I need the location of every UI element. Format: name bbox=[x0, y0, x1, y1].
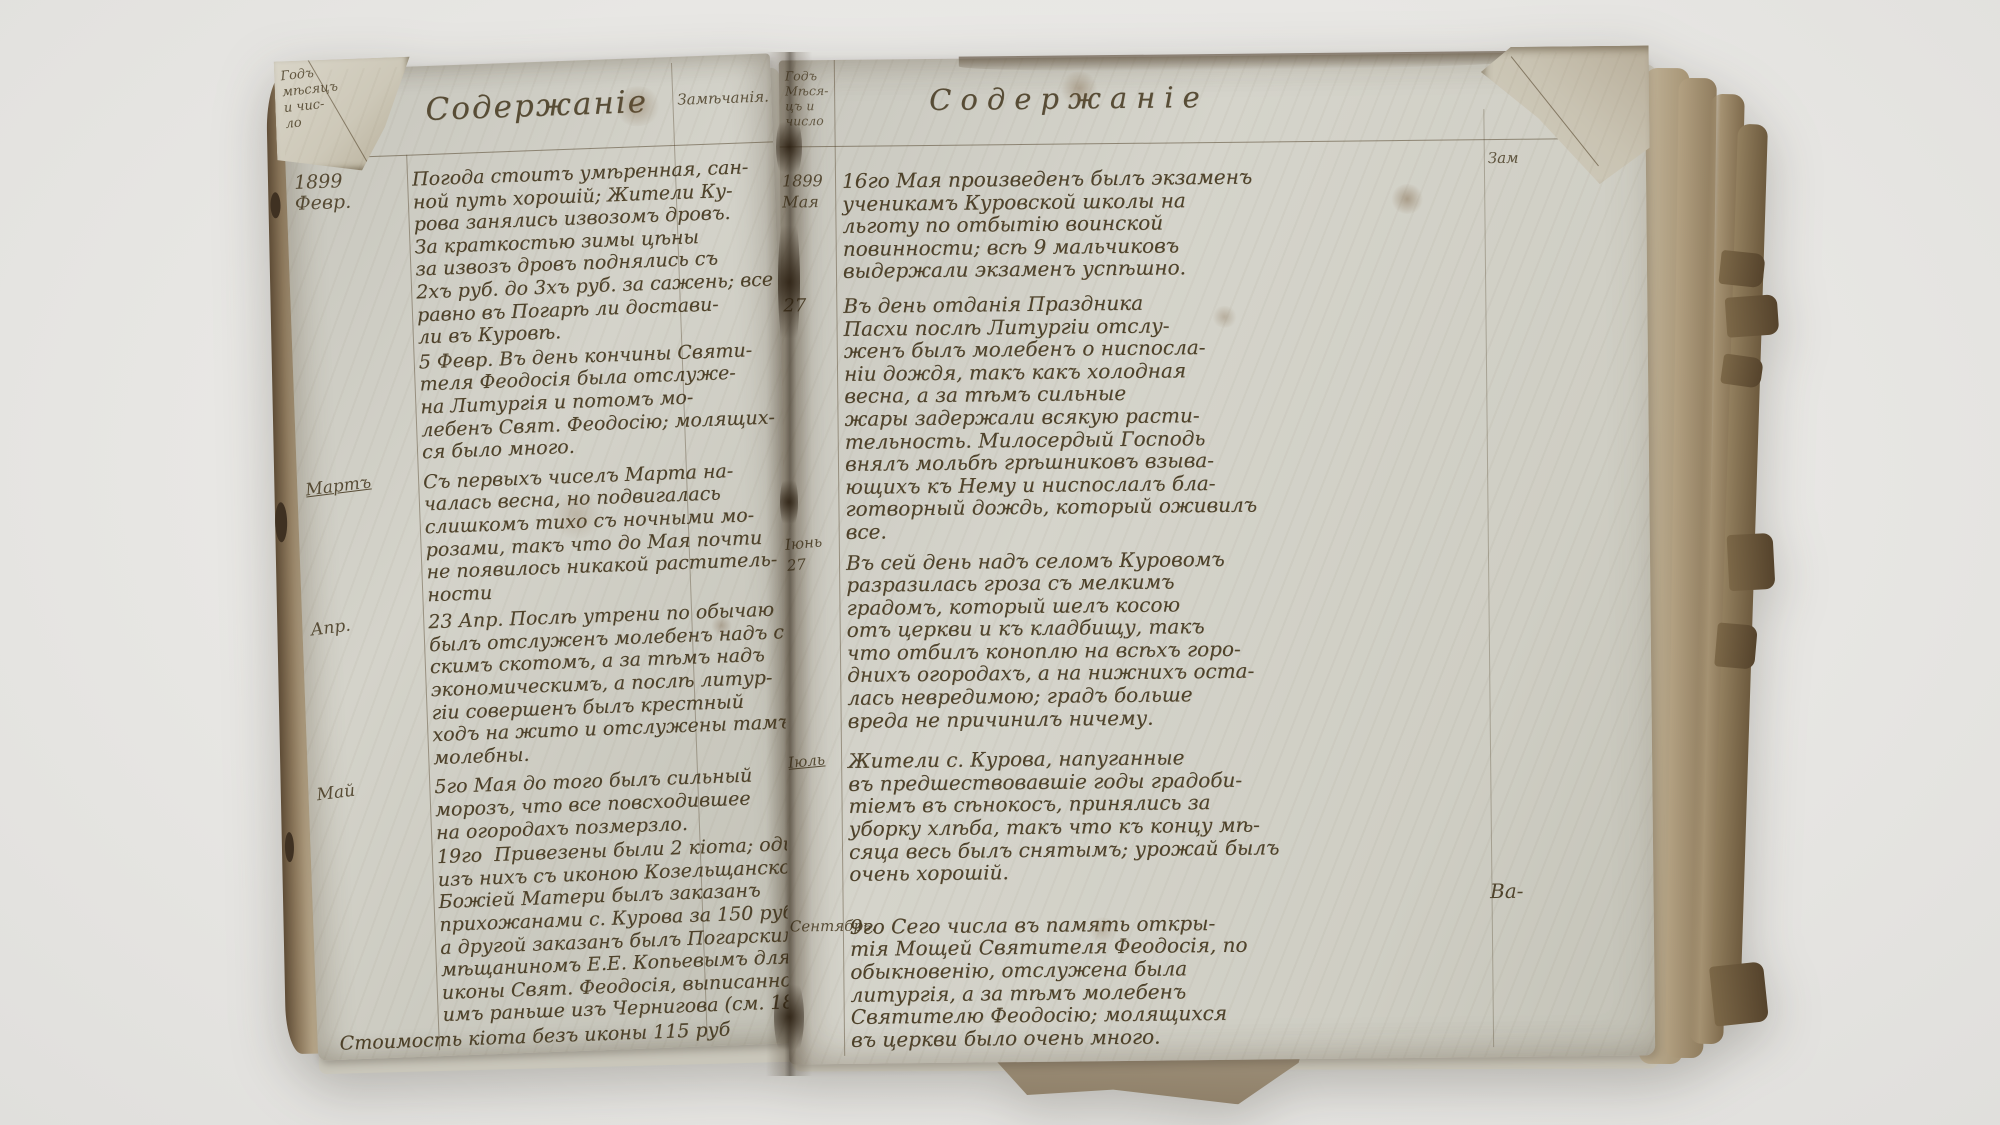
entry-text: 23 Апр. Послѣ утрени по обычаю былъ отсл… bbox=[428, 599, 786, 770]
torn-page-tab bbox=[1714, 622, 1758, 669]
entry-sept9-relics: Сентябрь. 9го Сего числа въ память откры… bbox=[850, 907, 1655, 1051]
entry-text: Погода стоитъ умѣренная, сан- ной путь х… bbox=[412, 156, 770, 350]
torn-page-tab bbox=[1720, 353, 1764, 388]
gutter-grime bbox=[778, 202, 800, 362]
corner-column-header-fragment: Годъ мѣсяцъ и чис- ло bbox=[280, 63, 342, 133]
left-remarks-header: Замѣчанія. bbox=[677, 87, 769, 108]
entry-margin-date: Мартъ bbox=[304, 467, 418, 502]
right-page-content: 1899 Мая 16го Мая произведенъ былъ экзам… bbox=[842, 147, 1655, 1063]
edge-nick bbox=[285, 832, 295, 862]
edge-nick bbox=[270, 192, 281, 218]
entry-feb-weather: 1899 Февр. Погода стоитъ умѣренная, сан-… bbox=[412, 156, 770, 350]
page-block-fore-edge bbox=[1642, 64, 1784, 1072]
gutter-grime bbox=[776, 112, 802, 182]
entry-text: 9го Сего числа въ память откры- тія Моще… bbox=[850, 907, 1655, 1051]
entry-text: Съ первыхъ чиселъ Марта на- чалась весна… bbox=[423, 458, 780, 606]
entry-margin-date: Май bbox=[316, 772, 430, 807]
book-gutter-shadow bbox=[766, 52, 812, 1076]
entry-july-harvest: Іюль Жители с. Курова, напуганные въ пре… bbox=[848, 742, 1653, 886]
entry-may27-rain-prayer: 27 Въ день отданія Праздника Пасхи послѣ… bbox=[843, 286, 1650, 543]
entry-march-spring: Мартъ Съ первыхъ чиселъ Марта на- чалась… bbox=[423, 458, 780, 606]
edge-nick bbox=[275, 502, 288, 542]
right-page-title: Содержаніе bbox=[929, 80, 1209, 117]
entry-margin-date: Апр. bbox=[309, 607, 423, 642]
left-page-content: 1899 Февр. Погода стоитъ умѣренная, сан-… bbox=[286, 151, 806, 1060]
entry-margin-date: 1899 Февр. bbox=[294, 169, 407, 215]
entry-april-moleben: Апр. 23 Апр. Послѣ утрени по обычаю былъ… bbox=[428, 599, 786, 770]
entry-text: 19го Привезены были 2 кіота; одинъ изъ н… bbox=[437, 833, 795, 1027]
entry-text: Въ день отданія Праздника Пасхи послѣ Ли… bbox=[843, 286, 1650, 543]
gutter-grime bbox=[780, 472, 798, 532]
left-page-title: Содержаніе bbox=[425, 84, 649, 128]
torn-page-tab bbox=[1725, 294, 1780, 338]
header-underline bbox=[780, 138, 1616, 148]
entry-june27-hailstorm: Іюнь 27 Въ сей день надъ селомъ Куровомъ… bbox=[846, 543, 1652, 732]
entry-text: Въ сей день надъ селомъ Куровомъ разрази… bbox=[846, 543, 1652, 732]
entry-text: 16го Мая произведенъ былъ экзаменъ учени… bbox=[842, 161, 1647, 282]
right-page: Годъ Мѣся- цъ и число Содержаніе Зам 189… bbox=[779, 51, 1655, 1064]
entry-may19-kiots: 19го Привезены были 2 кіота; одинъ изъ н… bbox=[437, 833, 795, 1027]
photo-background: Годъ мѣсяцъ и чис- ло Содержаніе Замѣчан… bbox=[0, 0, 2000, 1125]
open-manuscript-book: Годъ мѣсяцъ и чис- ло Содержаніе Замѣчан… bbox=[270, 28, 1785, 1090]
entry-feb5-service: 5 Февр. Въ день кончины Святи- теля Феод… bbox=[418, 338, 774, 464]
left-page: Годъ мѣсяцъ и чис- ло Содержаніе Замѣчан… bbox=[282, 53, 806, 1060]
entry-may16-exam: 1899 Мая 16го Мая произведенъ былъ экзам… bbox=[842, 161, 1647, 282]
entry-may-frost: Май 5го Мая до того былъ сильный морозъ,… bbox=[434, 764, 788, 845]
torn-page-tab bbox=[1709, 961, 1769, 1026]
gutter-grime bbox=[774, 972, 804, 1062]
torn-page-tab bbox=[1727, 533, 1776, 591]
entry-text: 5 Февр. Въ день кончины Святи- теля Феод… bbox=[418, 338, 774, 464]
entry-text: Жители с. Курова, напуганные въ предшест… bbox=[848, 742, 1653, 886]
entry-text: 5го Мая до того былъ сильный морозъ, что… bbox=[434, 764, 788, 845]
grime-top-edge bbox=[959, 51, 1519, 73]
torn-page-tab bbox=[1718, 250, 1765, 288]
